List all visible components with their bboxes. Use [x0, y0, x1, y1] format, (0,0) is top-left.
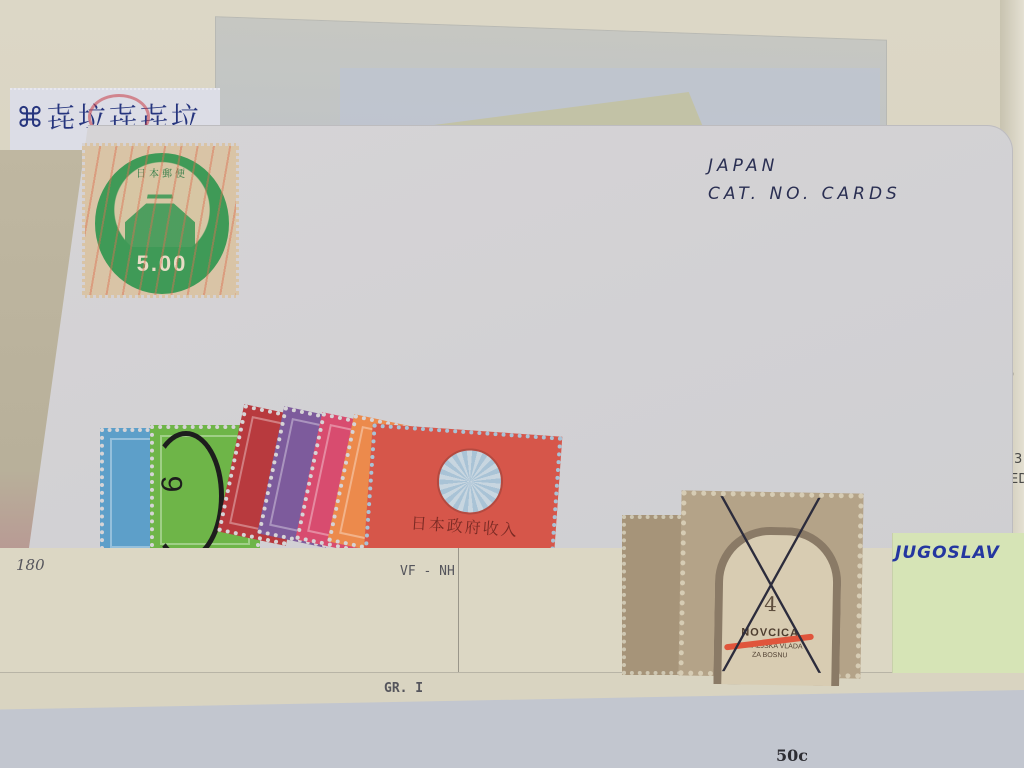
price-label: 50c: [776, 746, 808, 765]
chrysanthemum-icon: [435, 446, 505, 516]
postmark-icon: [148, 431, 224, 561]
handwritten-number: 180: [16, 556, 45, 574]
country-tag-label: JUGOSLAV: [895, 543, 1000, 563]
edge-mark: 3: [1014, 452, 1022, 467]
postmark-digit: 9: [153, 476, 187, 493]
bosnia-revenue-stamp: 4 NOVCICA ZEMALJSKA VLADA ZA BOSNU: [678, 490, 863, 678]
envelope-label-country: JAPAN: [708, 152, 901, 180]
cancel-lines: [85, 146, 236, 295]
grade-label: VF - NH: [400, 564, 455, 579]
group-label: GR. I: [384, 681, 423, 696]
x-cancel-mark: [683, 496, 858, 674]
envelope-label-title: CAT. NO. CARDS: [708, 180, 901, 208]
chrysanthemum-revenue-stamp: 日本政府收入: [364, 424, 563, 567]
japan-green-stamp: 日本郵便 5.00: [82, 143, 239, 298]
envelope-label: JAPAN CAT. NO. CARDS: [708, 152, 901, 208]
stamp-inscription: 日本政府收入: [379, 508, 550, 543]
country-tag: JUGOSLAV: [892, 533, 1024, 673]
